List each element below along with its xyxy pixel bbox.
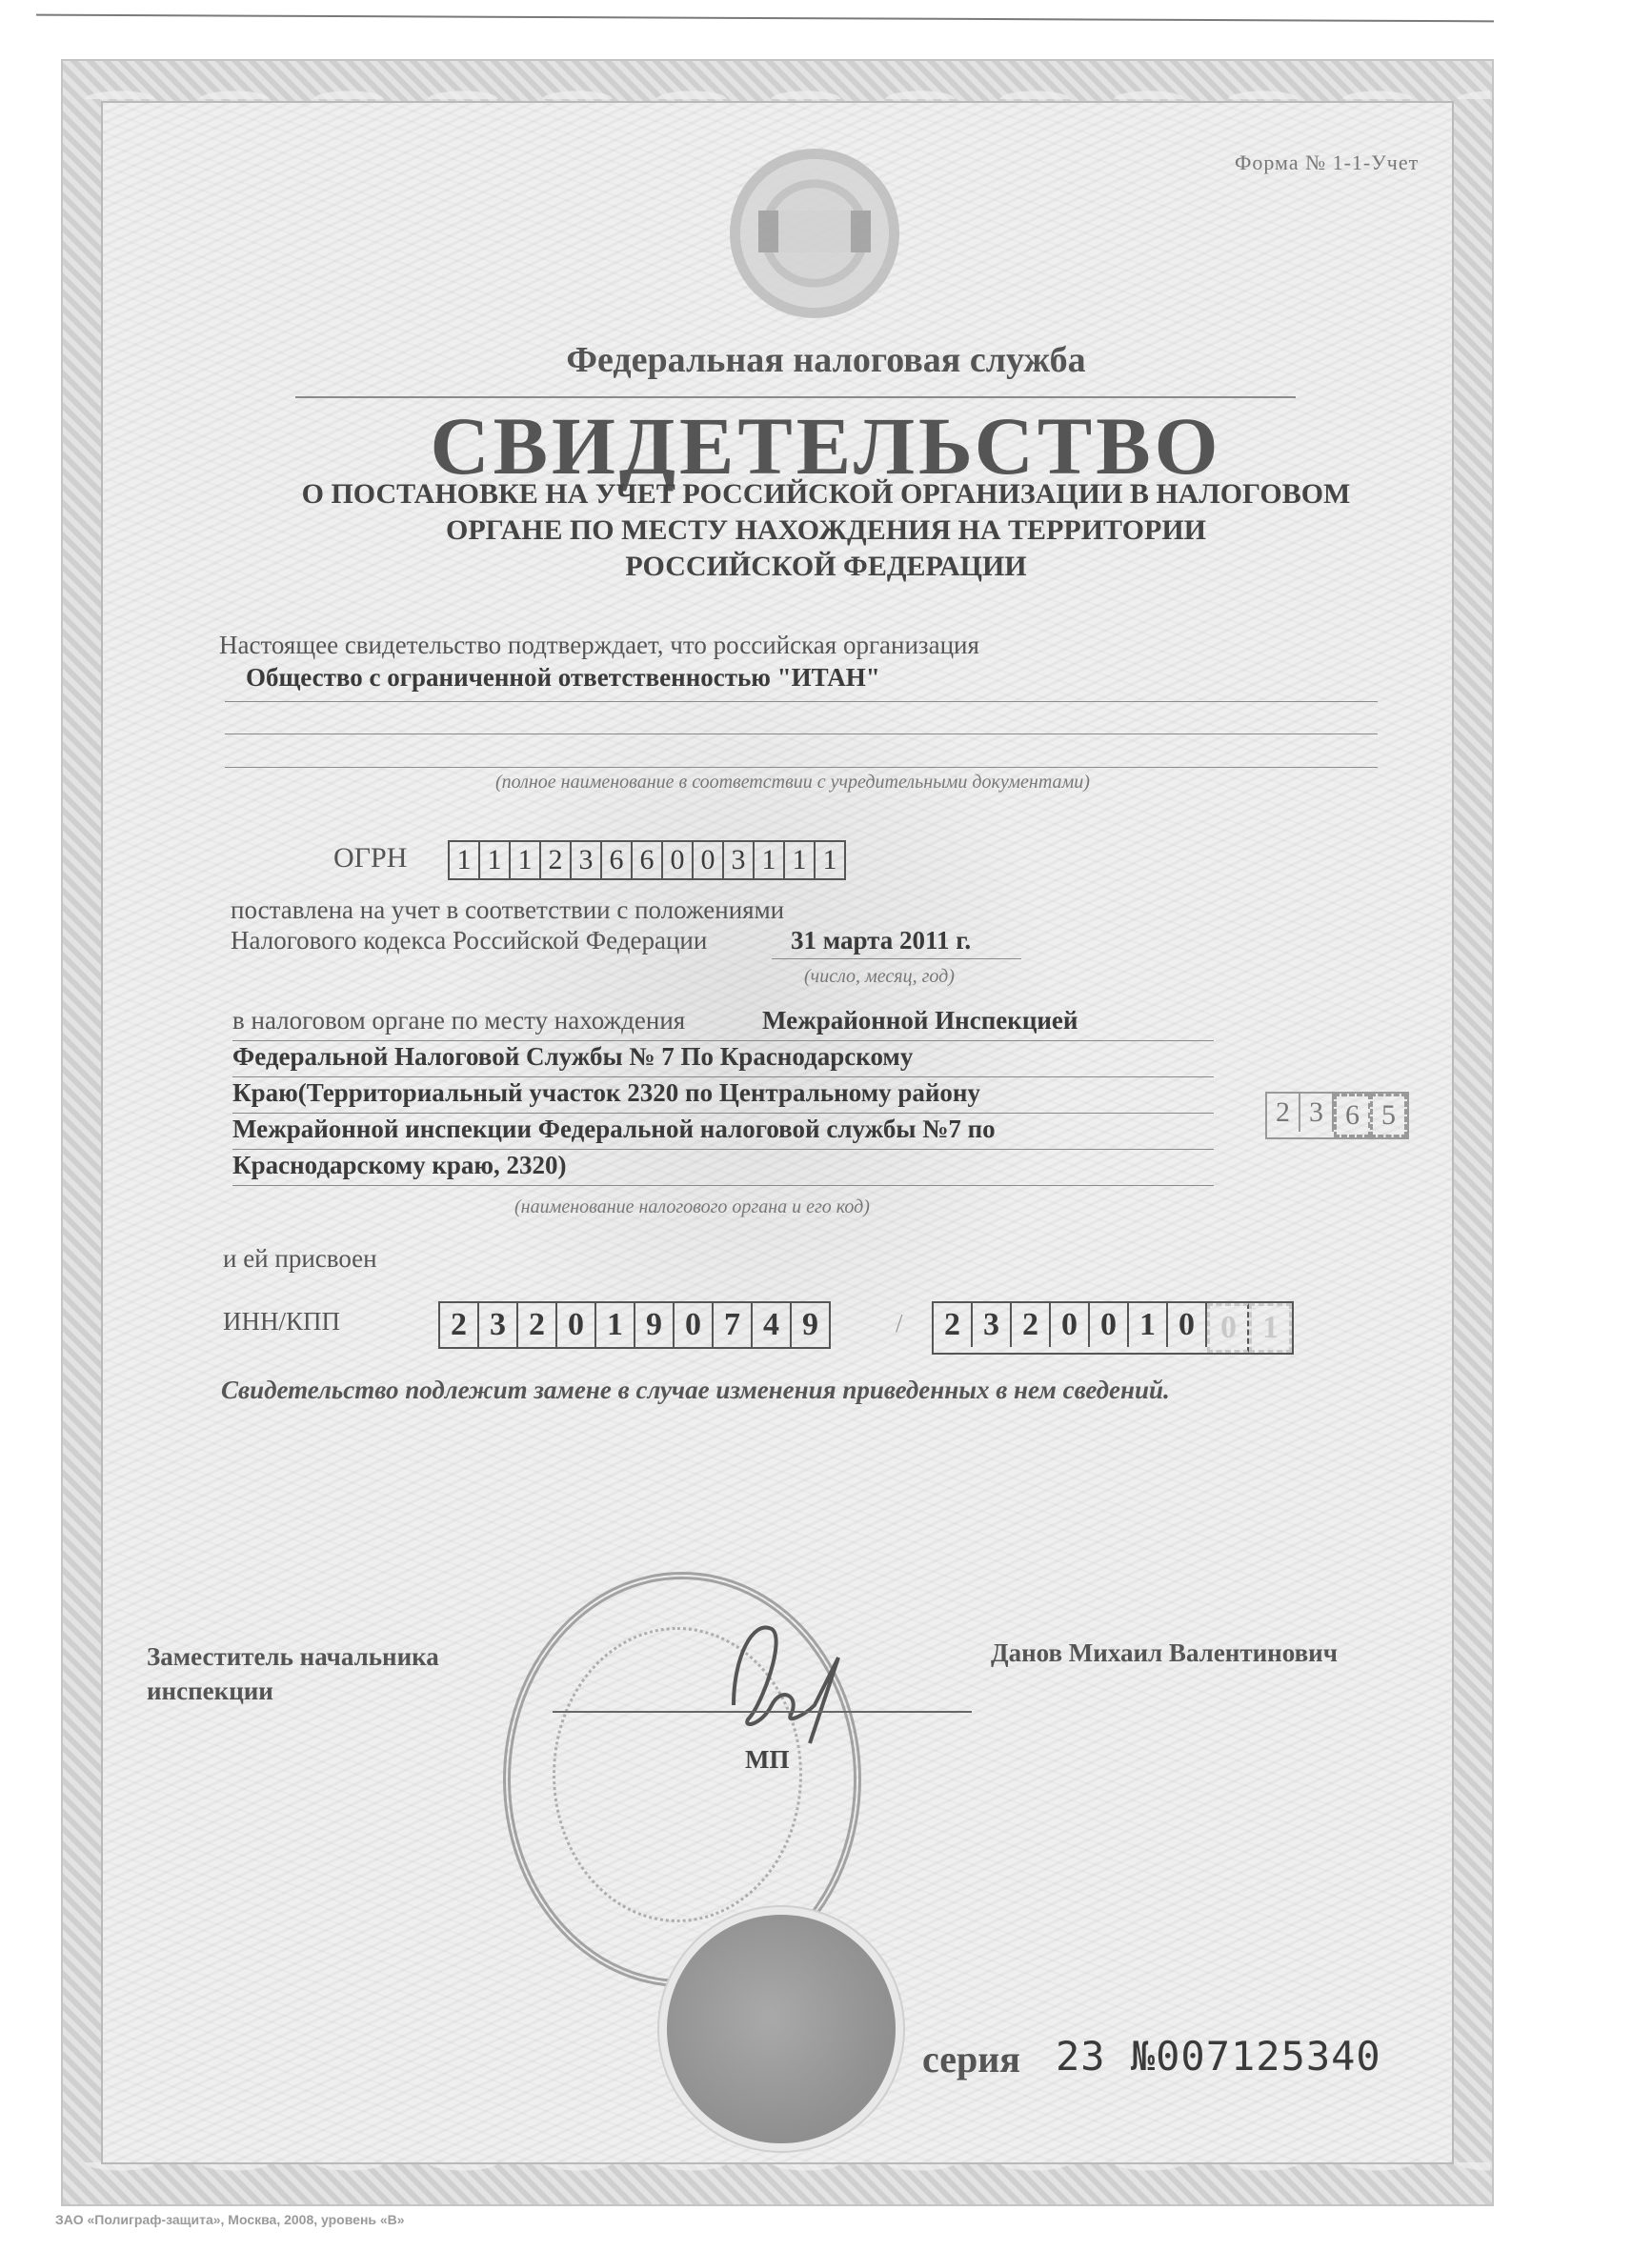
digit-cell: 6 bbox=[633, 842, 663, 878]
inn-kpp-separator: / bbox=[896, 1309, 903, 1338]
series-label: серия bbox=[922, 2037, 1020, 2081]
digit-cell: 9 bbox=[635, 1303, 675, 1347]
digit-cell: 1 bbox=[1249, 1303, 1292, 1353]
digit-cell: 1 bbox=[755, 842, 785, 878]
digit-cell: 6 bbox=[602, 842, 633, 878]
subtitle-line: О ПОСТАНОВКЕ НА УЧЕТ РОССИЙСКОЙ ОРГАНИЗА… bbox=[0, 476, 1652, 513]
digit-cell: 2 bbox=[934, 1303, 973, 1347]
org-intro: Настоящее свидетельство подтверждает, чт… bbox=[219, 631, 979, 660]
ogrn-label: ОГРН bbox=[333, 842, 407, 874]
digit-cell: 9 bbox=[792, 1303, 829, 1347]
digit-cell: 2 bbox=[1267, 1094, 1300, 1132]
digit-cell: 5 bbox=[1370, 1094, 1407, 1137]
ogrn-field: 1112366003111 bbox=[448, 840, 846, 880]
inn-field: 2320190749 bbox=[438, 1301, 831, 1349]
digit-cell: 1 bbox=[785, 842, 816, 878]
printer-imprint: ЗАО «Полиграф-защита», Москва, 2008, уро… bbox=[55, 2212, 405, 2227]
digit-cell: 0 bbox=[1051, 1303, 1090, 1347]
inn-kpp-label: ИНН/КПП bbox=[223, 1307, 340, 1337]
date-caption: (число, месяц, год) bbox=[804, 966, 955, 988]
agency-name: Федеральная налоговая служба bbox=[0, 339, 1652, 381]
date-underline bbox=[772, 958, 1021, 959]
scan-edge-line bbox=[36, 14, 1494, 23]
digit-cell: 4 bbox=[753, 1303, 792, 1347]
replacement-notice: Свидетельство подлежит замене в случае и… bbox=[221, 1376, 1170, 1405]
digit-cell: 3 bbox=[973, 1303, 1012, 1347]
authority-name-line: Межрайонной Инспекцией bbox=[762, 1006, 1078, 1035]
authority-name-line: Федеральной Налоговой Службы № 7 По Крас… bbox=[232, 1042, 913, 1072]
authority-name-line: Межрайонной инспекции Федеральной налого… bbox=[232, 1115, 996, 1144]
digit-cell: 0 bbox=[675, 1303, 714, 1347]
digit-cell: 0 bbox=[1207, 1303, 1249, 1353]
authority-code-field: 2365 bbox=[1265, 1092, 1409, 1139]
org-underline bbox=[225, 734, 1378, 734]
signatory-position: Заместитель начальника bbox=[147, 1642, 439, 1672]
registration-line1: поставлена на учет в соответствии с поло… bbox=[231, 895, 784, 925]
kpp-field: 232001001 bbox=[932, 1301, 1294, 1355]
fns-emblem-icon bbox=[730, 149, 899, 318]
digit-cell: 0 bbox=[557, 1303, 596, 1347]
authority-intro: в налоговом органе по месту нахождения bbox=[232, 1006, 685, 1035]
digit-cell: 1 bbox=[480, 842, 511, 878]
org-underline bbox=[225, 767, 1378, 768]
digit-cell: 2 bbox=[440, 1303, 479, 1347]
digit-cell: 1 bbox=[511, 842, 541, 878]
org-caption: (полное наименование в соответствии с уч… bbox=[495, 772, 1090, 794]
authority-name-line: Краю(Территориальный участок 2320 по Цен… bbox=[232, 1078, 980, 1108]
hologram-seal-icon bbox=[667, 1915, 896, 2143]
digit-cell: 7 bbox=[714, 1303, 753, 1347]
authority-underline bbox=[232, 1040, 1214, 1041]
signature-icon bbox=[695, 1600, 867, 1753]
digit-cell: 0 bbox=[1090, 1303, 1129, 1347]
subtitle-line: ОРГАНЕ ПО МЕСТУ НАХОЖДЕНИЯ НА ТЕРРИТОРИИ bbox=[0, 513, 1652, 549]
registration-line2: Налогового кодекса Российской Федерации bbox=[231, 926, 707, 955]
org-underline bbox=[225, 701, 1378, 702]
digit-cell: 1 bbox=[816, 842, 844, 878]
document-subtitle: О ПОСТАНОВКЕ НА УЧЕТ РОССИЙСКОЙ ОРГАНИЗА… bbox=[0, 476, 1652, 585]
registration-date: 31 марта 2011 г. bbox=[791, 926, 971, 955]
authority-caption: (наименование налогового органа и его ко… bbox=[514, 1196, 870, 1218]
digit-cell: 0 bbox=[694, 842, 724, 878]
border-ornament-top bbox=[63, 61, 1490, 99]
stamp-label: МП bbox=[745, 1745, 790, 1775]
digit-cell: 2 bbox=[518, 1303, 557, 1347]
border-ornament-bottom bbox=[63, 2162, 1490, 2201]
digit-cell: 3 bbox=[724, 842, 755, 878]
signature-line bbox=[553, 1711, 972, 1713]
digit-cell: 0 bbox=[1168, 1303, 1207, 1347]
authority-name-line: Краснодарскому краю, 2320) bbox=[232, 1151, 567, 1180]
digit-cell: 2 bbox=[541, 842, 572, 878]
authority-underline bbox=[232, 1149, 1214, 1150]
digit-cell: 6 bbox=[1334, 1094, 1370, 1137]
signatory-position: инспекции bbox=[147, 1677, 273, 1706]
digit-cell: 3 bbox=[479, 1303, 518, 1347]
digit-cell: 1 bbox=[596, 1303, 635, 1347]
digit-cell: 1 bbox=[1129, 1303, 1168, 1347]
org-name: Общество с ограниченной ответственностью… bbox=[246, 663, 880, 693]
authority-underline bbox=[232, 1113, 1214, 1114]
form-number: Форма № 1-1-Учет bbox=[1235, 151, 1419, 175]
digit-cell: 3 bbox=[572, 842, 602, 878]
subtitle-line: РОССИЙСКОЙ ФЕДЕРАЦИИ bbox=[0, 549, 1652, 585]
digit-cell: 0 bbox=[663, 842, 694, 878]
series-number: 23 №007125340 bbox=[1056, 2033, 1381, 2080]
digit-cell: 1 bbox=[450, 842, 480, 878]
digit-cell: 3 bbox=[1300, 1094, 1334, 1132]
authority-underline bbox=[232, 1185, 1214, 1186]
signatory-name: Данов Михаил Валентинович bbox=[991, 1638, 1338, 1668]
authority-underline bbox=[232, 1076, 1214, 1077]
digit-cell: 2 bbox=[1012, 1303, 1051, 1347]
assigned-intro: и ей присвоен bbox=[223, 1244, 377, 1274]
